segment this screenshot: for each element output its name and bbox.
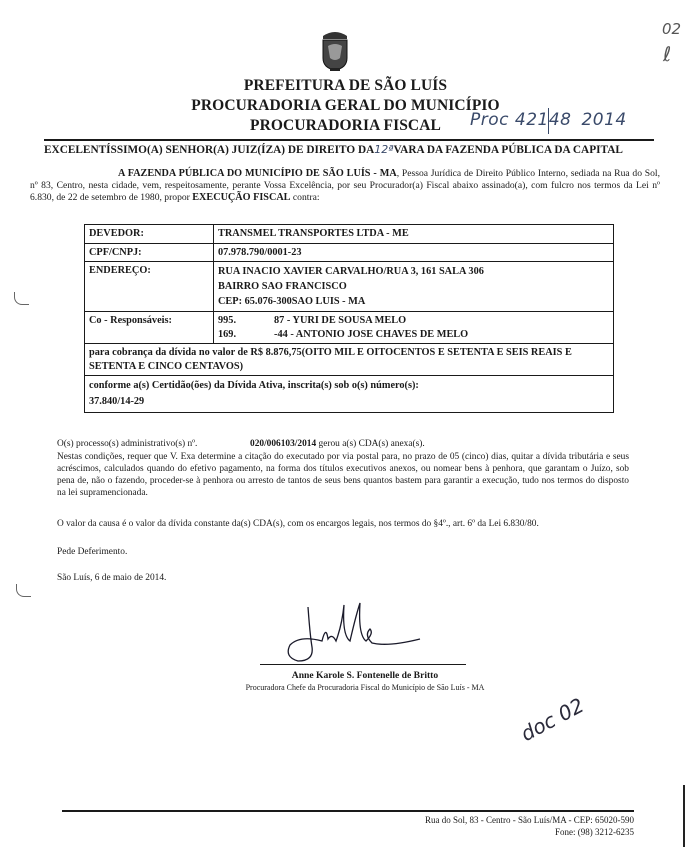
certidao-cell: conforme a(s) Certidão(ões) da Dívida At…: [85, 376, 614, 413]
certidao-number: 37.840/14-29: [89, 394, 609, 410]
handwritten-page-number: 02: [662, 20, 681, 38]
intro-paragraph: A FAZENDA PÚBLICA DO MUNICÍPIO DE SÃO LU…: [30, 168, 660, 205]
margin-mark: [16, 584, 31, 597]
devedor-label: DEVEDOR:: [85, 225, 214, 244]
header-rule: [44, 139, 654, 141]
signer-role: Procuradora Chefe da Procuradoria Fiscal…: [200, 683, 530, 692]
cpf-label: CPF/CNPJ:: [85, 243, 214, 262]
scan-edge: [683, 785, 685, 847]
signature-line: [260, 664, 466, 665]
endereco-label: ENDEREÇO:: [85, 262, 214, 312]
valor-causa: O valor da causa é o valor da dívida con…: [57, 519, 539, 529]
processo-line: O(s) processo(s) administrativo(s) nº.02…: [57, 439, 197, 449]
table-row: ENDEREÇO: RUA INACIO XAVIER CARVALHO/RUA…: [85, 262, 614, 312]
devedor-value: TRANSMEL TRANSPORTES LTDA - ME: [214, 225, 614, 244]
margin-mark: [14, 292, 29, 305]
handwritten-initial: ℓ: [663, 42, 671, 66]
table-row: DEVEDOR: TRANSMEL TRANSPORTES LTDA - ME: [85, 225, 614, 244]
cpf-value: 07.978.790/0001-23: [214, 243, 614, 262]
pede-deferimento: Pede Deferimento.: [57, 547, 127, 557]
header-title: PREFEITURA DE SÃO LUÍS: [0, 77, 691, 95]
coat-of-arms-icon: [318, 28, 352, 72]
endereco-value: RUA INACIO XAVIER CARVALHO/RUA 3, 161 SA…: [214, 262, 614, 312]
table-row: CPF/CNPJ: 07.978.790/0001-23: [85, 243, 614, 262]
request-paragraph: Nestas condições, requer que V. Exa dete…: [57, 451, 629, 499]
table-row: Co - Responsáveis: 995.87 - YURI DE SOUS…: [85, 312, 614, 344]
coresponsaveis-label: Co - Responsáveis:: [85, 312, 214, 344]
footer-rule: [62, 810, 634, 812]
list-item: 995.87 - YURI DE SOUSA MELO: [218, 314, 609, 328]
handwritten-vara-number: 12ª: [374, 143, 393, 156]
table-row: conforme a(s) Certidão(ões) da Dívida At…: [85, 376, 614, 413]
document-date: São Luís, 6 de maio de 2014.: [57, 573, 166, 583]
redaction: [236, 316, 274, 326]
handwritten-separator: [548, 108, 549, 134]
addressee-line: EXCELENTÍSSIMO(A) SENHOR(A) JUIZ(ÍZA) DE…: [44, 143, 684, 156]
signer-name: Anne Karole S. Fontenelle de Britto: [200, 670, 530, 681]
footer-phone: Fone: (98) 3212-6235: [300, 827, 634, 837]
handwritten-doc-label: doc 02: [517, 693, 588, 746]
signature-icon: [270, 595, 430, 665]
list-item: 169.-44 - ANTONIO JOSE CHAVES DE MELO: [218, 328, 609, 342]
footer-address: Rua do Sol, 83 - Centro - São Luís/MA - …: [300, 815, 634, 825]
divida-text: para cobrança da dívida no valor de R$ 8…: [85, 344, 614, 376]
debtor-table: DEVEDOR: TRANSMEL TRANSPORTES LTDA - ME …: [84, 224, 614, 413]
redaction: [236, 329, 274, 339]
coresponsaveis-value: 995.87 - YURI DE SOUSA MELO 169.-44 - AN…: [214, 312, 614, 344]
table-row: para cobrança da dívida no valor de R$ 8…: [85, 344, 614, 376]
